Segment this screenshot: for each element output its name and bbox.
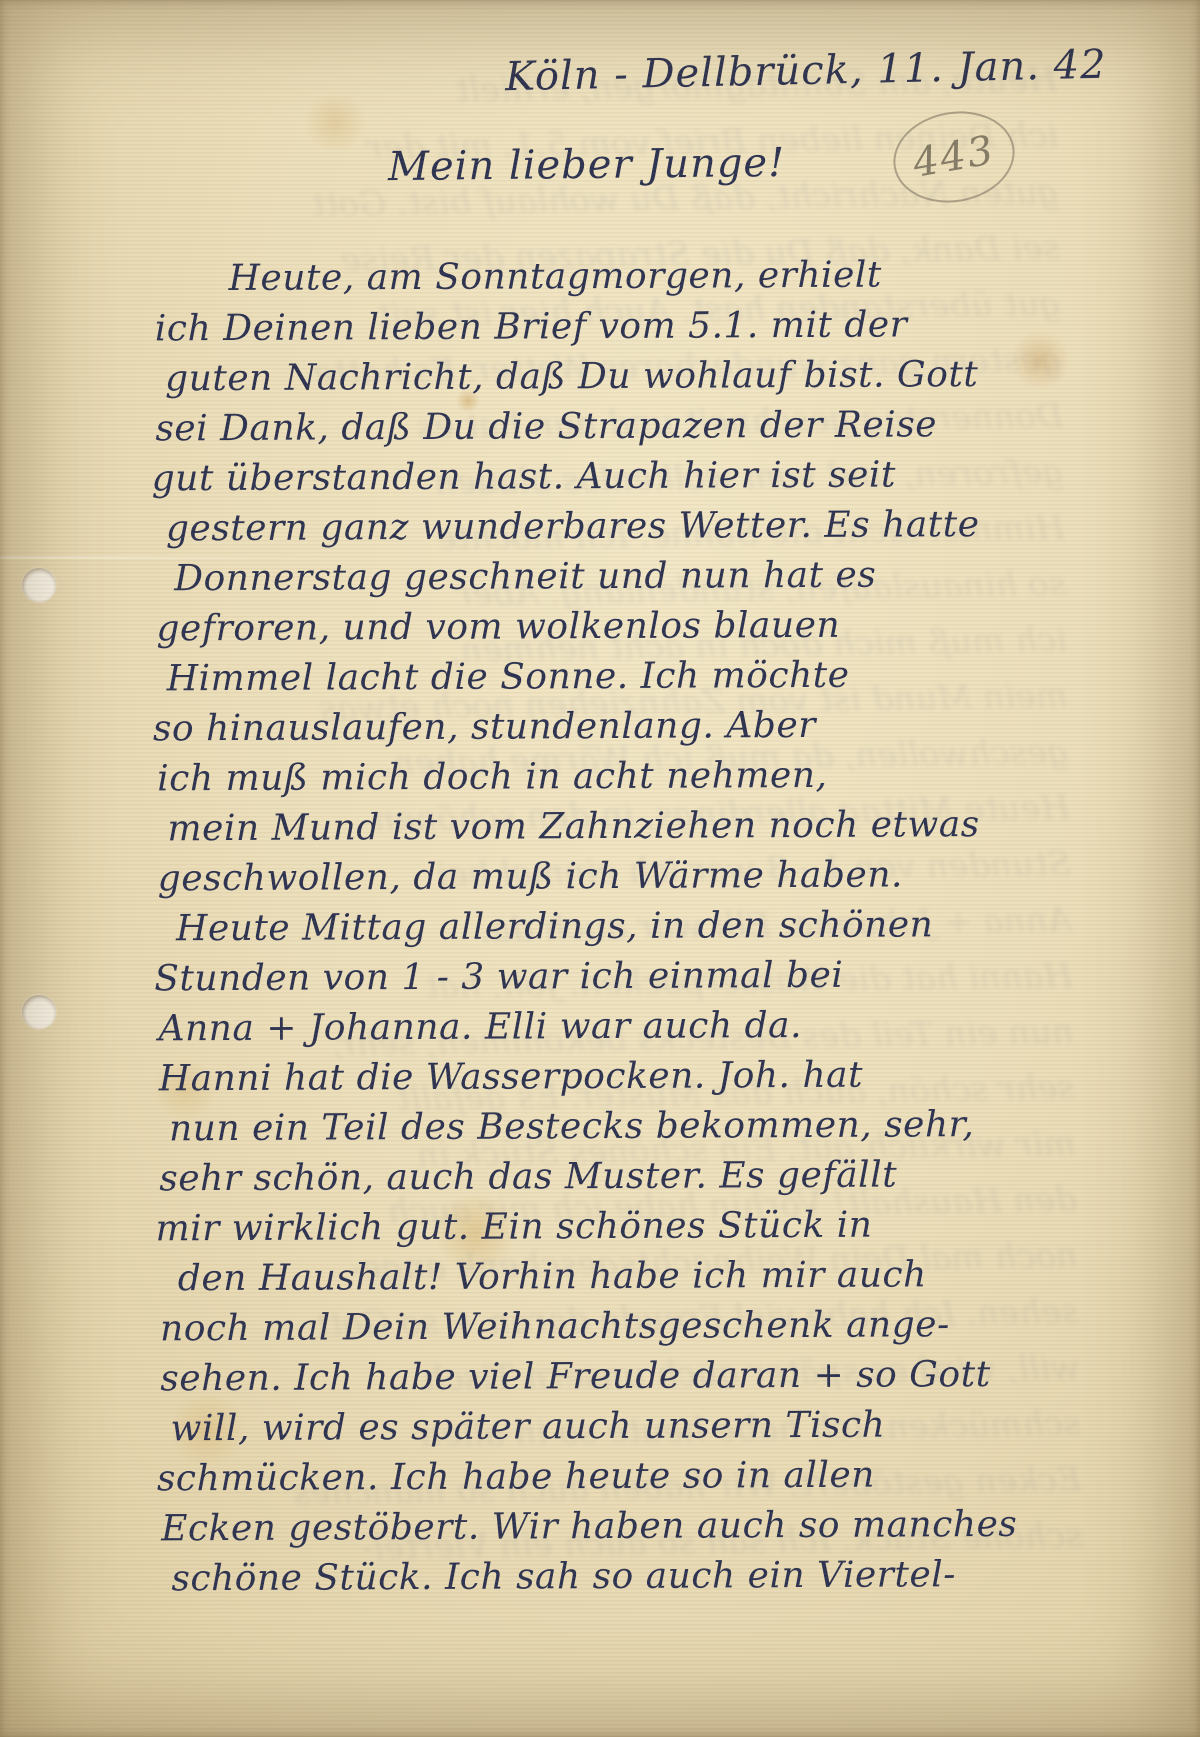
handwritten-line: schmücken. Ich habe heute so in allen: [157, 1450, 1076, 1505]
handwritten-line: so hinauslaufen, stundenlang. Aber: [153, 700, 1072, 755]
handwritten-line: sei Dank, daß Du die Strapazen der Reise: [155, 400, 1070, 455]
handwritten-line: nun ein Teil des Bestecks bekommen, sehr…: [169, 1100, 1074, 1155]
hole-punch: [22, 568, 56, 602]
handwritten-line: den Haushalt! Vorhin habe ich mir auch: [178, 1250, 1075, 1305]
letter-body: Heute, am Sonntagmorgen, erhieltich Dein…: [154, 250, 1076, 1605]
handwritten-line: ich Deinen lieben Brief vom 5.1. mit der: [155, 300, 1070, 355]
handwritten-line: guten Nachricht, daß Du wohlauf bist. Go…: [165, 350, 1070, 405]
handwritten-line: Heute, am Sonntagmorgen, erhielt: [228, 250, 1069, 304]
handwritten-line: Hanni hat die Wasserpocken. Joh. hat: [159, 1050, 1074, 1105]
handwritten-line: sehr schön, auch das Muster. Es gefällt: [159, 1150, 1074, 1205]
handwritten-line: mir wirklich gut. Ein schönes Stück in: [155, 1200, 1074, 1255]
handwritten-line: Anna + Johanna. Elli war auch da.: [158, 1000, 1073, 1055]
handwritten-line: mein Mund ist vom Zahnziehen noch etwas: [167, 800, 1072, 855]
handwritten-line: gestern ganz wunderbares Wetter. Es hatt…: [166, 500, 1071, 555]
handwritten-line: Himmel lacht die Sonne. Ich möchte: [167, 650, 1072, 705]
hole-punch: [22, 995, 56, 1029]
handwritten-line: noch mal Dein Weihnachtsgeschenk ange-: [160, 1300, 1075, 1355]
handwritten-line: gefroren, und vom wolkenlos blauen: [156, 600, 1071, 655]
letter-page: Heute, am Sonntagmorgen, erhieltich Dein…: [0, 0, 1200, 1737]
handwritten-line: ich muß mich doch in acht nehmen,: [157, 750, 1072, 805]
handwritten-line: gut überstanden hast. Auch hier ist seit: [152, 450, 1071, 505]
handwritten-line: sehen. Ich habe viel Freude daran + so G…: [160, 1350, 1075, 1405]
handwritten-line: geschwollen, da muß ich Wärme haben.: [158, 850, 1073, 905]
handwritten-line: Donnerstag geschneit und nun hat es: [174, 550, 1071, 605]
handwritten-line: Heute Mittag allerdings, in den schönen: [176, 900, 1073, 955]
handwritten-line: Ecken gestöbert. Wir haben auch so manch…: [161, 1500, 1076, 1555]
handwritten-line: Stunden von 1 - 3 war ich einmal bei: [154, 950, 1073, 1005]
handwritten-line: schöne Stück. Ich sah so auch ein Vierte…: [171, 1550, 1076, 1605]
archive-number: 443: [909, 127, 998, 187]
handwritten-line: will, wird es später auch unsern Tisch: [170, 1400, 1075, 1455]
salutation: Mein lieber Junge!: [388, 140, 786, 190]
